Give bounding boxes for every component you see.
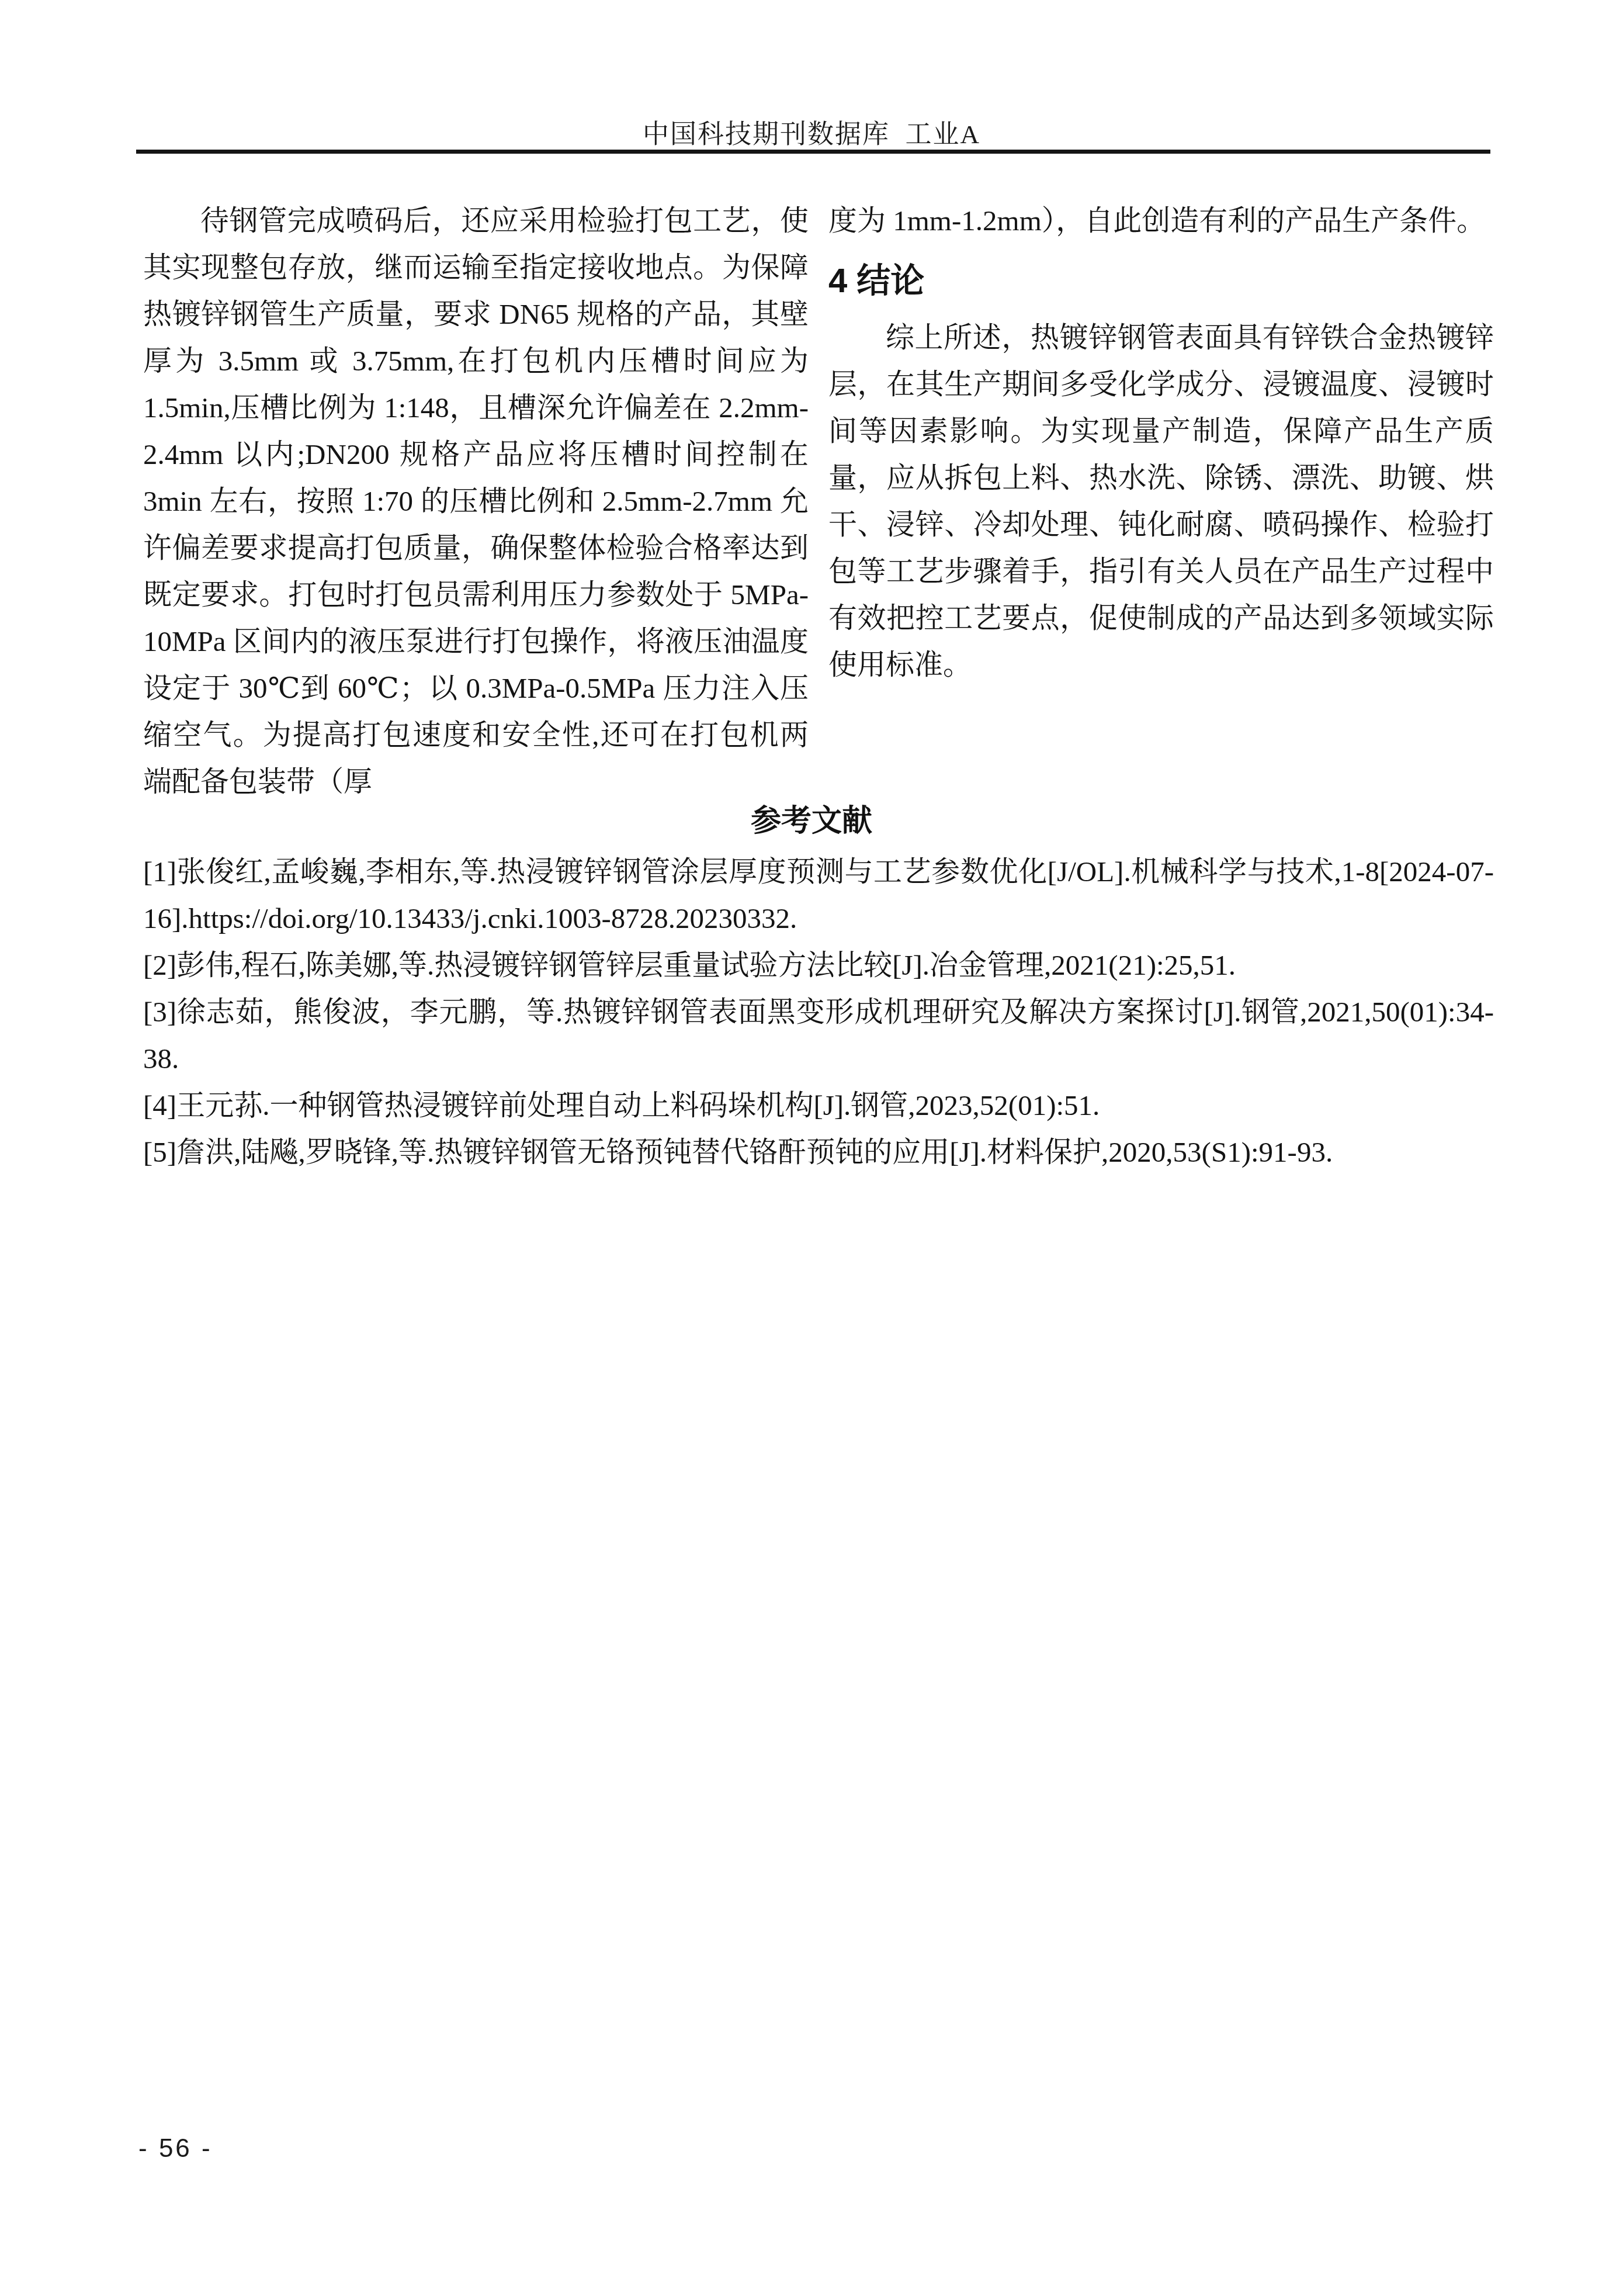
journal-header: 中国科技期刊数据库 工业A: [0, 113, 1623, 151]
paragraph-conclusion: 综上所述，热镀锌钢管表面具有锌铁合金热镀锌层，在其生产期间多受化学成分、浸镀温度…: [828, 314, 1494, 688]
document-page: 中国科技期刊数据库 工业A 待钢管完成喷码后，还应采用检验打包工艺，使其实现整包…: [0, 0, 1623, 2296]
paragraph-packing-process: 待钢管完成喷码后，还应采用检验打包工艺，使其实现整包存放，继而运输至指定接收地点…: [143, 198, 809, 805]
reference-item-4: [4]王元荪.一种钢管热浸镀锌前处理自动上料码垛机构[J].钢管,2023,52…: [143, 1082, 1494, 1129]
reference-item-1: [1]张俊红,孟峻巍,李相东,等.热浸镀锌钢管涂层厚度预测与工艺参数优化[J/O…: [143, 849, 1494, 942]
body-columns: 待钢管完成喷码后，还应采用检验打包工艺，使其实现整包存放，继而运输至指定接收地点…: [143, 198, 1494, 805]
reference-item-5: [5]詹洪,陆飚,罗晓锋,等.热镀锌钢管无铬预钝替代铬酐预钝的应用[J].材料保…: [143, 1129, 1494, 1176]
header-rule: [136, 150, 1490, 154]
paragraph-continuation: 度为 1mm-1.2mm），自此创造有利的产品生产条件。: [828, 198, 1494, 244]
references-heading: 参考文献: [0, 804, 1623, 839]
page-number: - 56 -: [138, 2134, 213, 2163]
references-list: [1]张俊红,孟峻巍,李相东,等.热浸镀锌钢管涂层厚度预测与工艺参数优化[J/O…: [143, 849, 1494, 1176]
left-column: 待钢管完成喷码后，还应采用检验打包工艺，使其实现整包存放，继而运输至指定接收地点…: [143, 198, 809, 805]
section-heading-conclusion: 4 结论: [828, 262, 1494, 300]
right-column: 度为 1mm-1.2mm），自此创造有利的产品生产条件。 4 结论 综上所述，热…: [828, 198, 1494, 805]
reference-item-3: [3]徐志茹，熊俊波，李元鹏，等.热镀锌钢管表面黑变形成机理研究及解决方案探讨[…: [143, 989, 1494, 1082]
reference-item-2: [2]彭伟,程石,陈美娜,等.热浸镀锌钢管锌层重量试验方法比较[J].冶金管理,…: [143, 942, 1494, 989]
